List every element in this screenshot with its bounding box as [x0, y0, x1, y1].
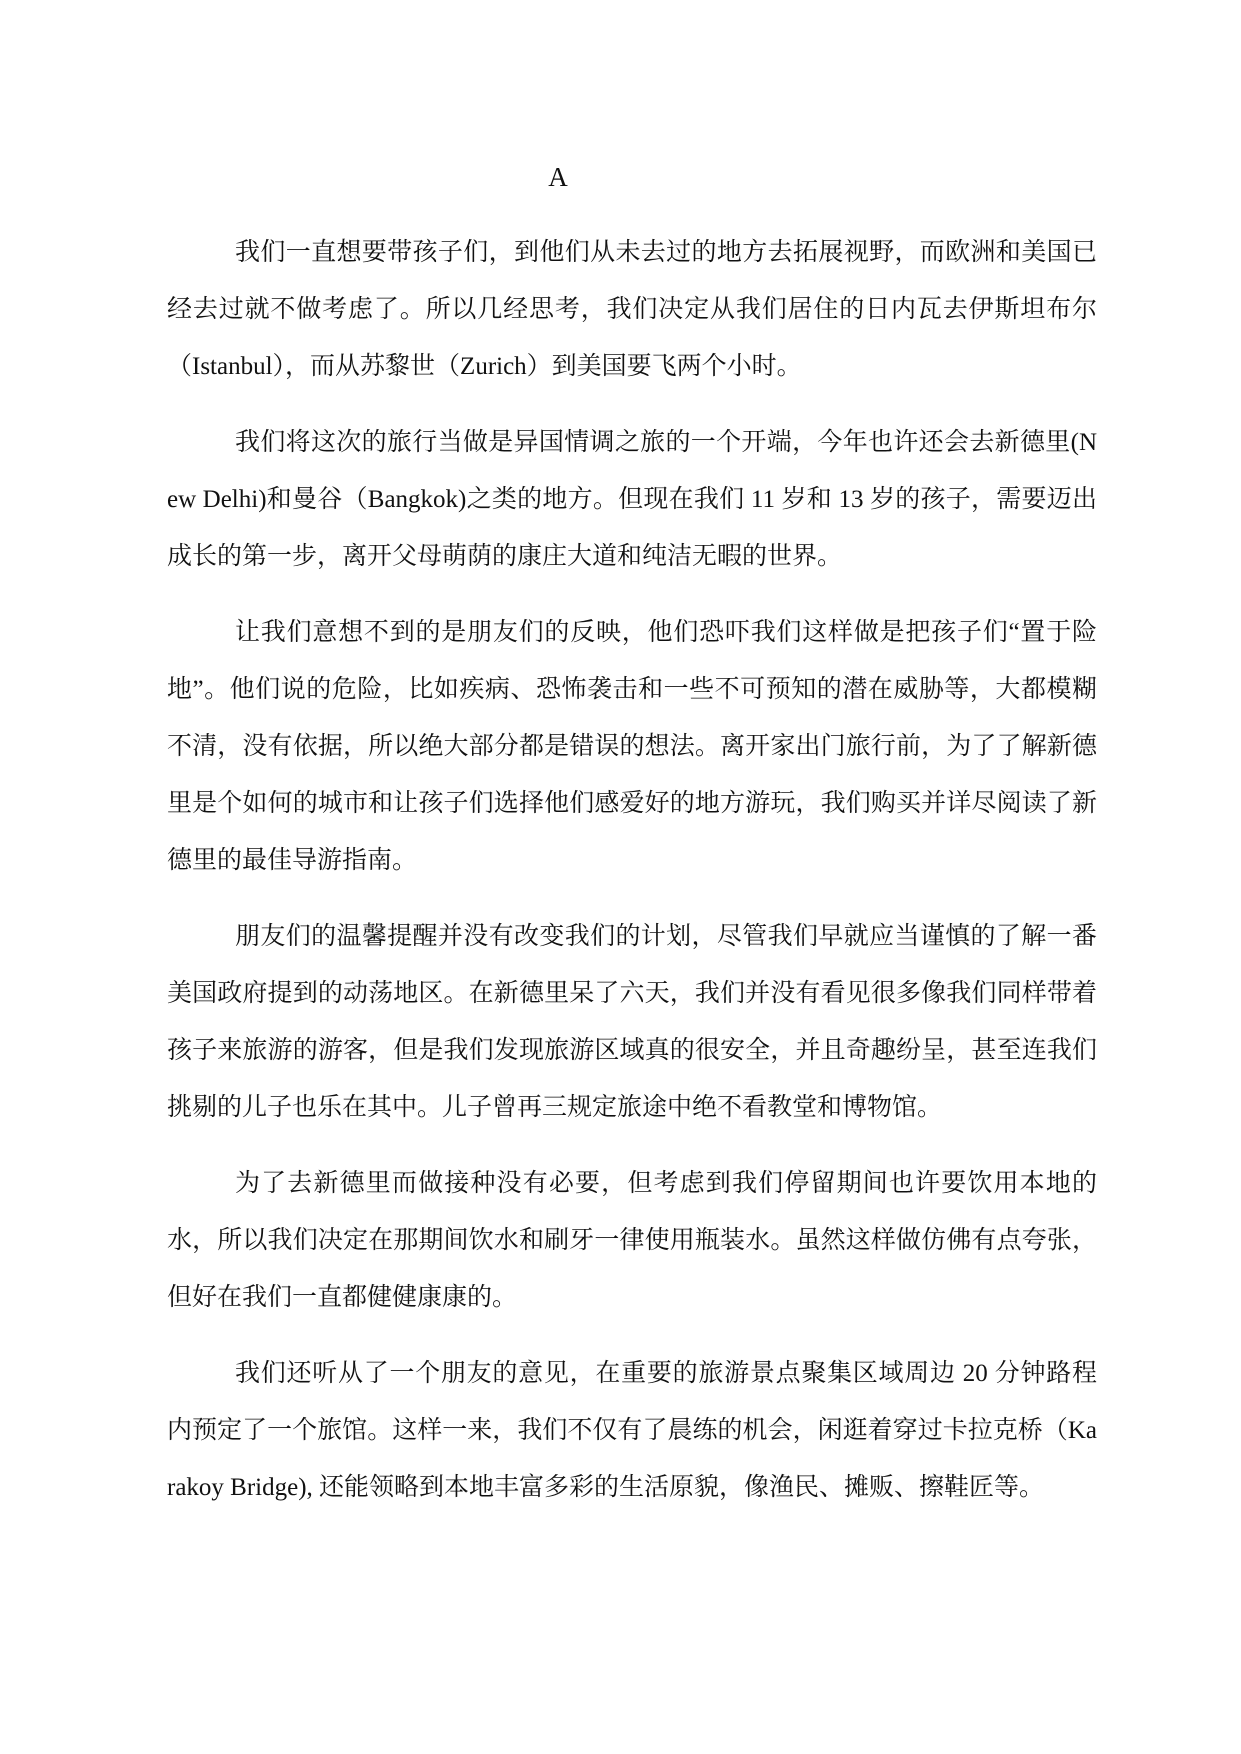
- paragraph-3: 让我们意想不到的是朋友们的反映，他们恐吓我们这样做是把孩子们“置于险地”。他们说…: [167, 604, 1097, 889]
- paragraph-4: 朋友们的温馨提醒并没有改变我们的计划，尽管我们早就应当谨慎的了解一番美国政府提到…: [167, 908, 1097, 1136]
- paragraph-2: 我们将这次的旅行当做是异国情调之旅的一个开端，今年也许还会去新德里(New De…: [167, 414, 1097, 585]
- paragraph-6: 我们还听从了一个朋友的意见，在重要的旅游景点聚集区域周边 20 分钟路程内预定了…: [167, 1345, 1097, 1516]
- section-heading: A: [93, 149, 1023, 206]
- document-page: A 我们一直想要带孩子们，到他们从未去过的地方去拓展视野，而欧洲和美国已经去过就…: [0, 0, 1241, 1754]
- paragraph-1: 我们一直想要带孩子们，到他们从未去过的地方去拓展视野，而欧洲和美国已经去过就不做…: [167, 224, 1097, 395]
- paragraph-5: 为了去新德里而做接种没有必要，但考虑到我们停留期间也许要饮用本地的水，所以我们决…: [167, 1155, 1097, 1326]
